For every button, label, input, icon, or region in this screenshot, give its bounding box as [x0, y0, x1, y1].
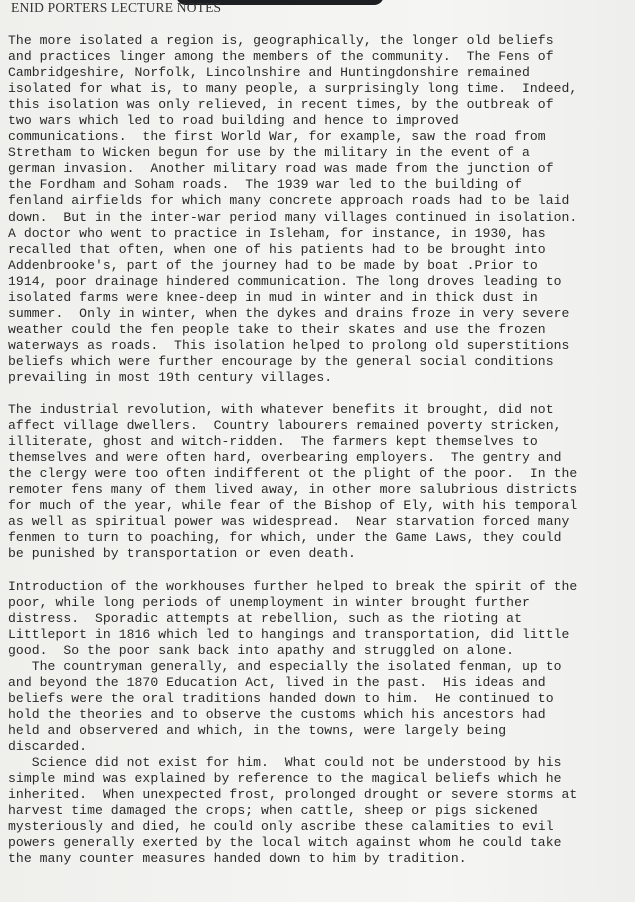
text-line: isolated for what is, to many people, a … — [8, 81, 633, 97]
text-line: illiterate, ghost and witch-ridden. The … — [8, 434, 633, 450]
text-line: down. But in the inter-war period many v… — [8, 210, 633, 226]
text-line: discarded. — [8, 739, 633, 755]
text-line: and beyond the 1870 Education Act, lived… — [8, 675, 633, 691]
text-line: A doctor who went to practice in Isleham… — [8, 226, 633, 242]
text-line: themselves and were often hard, overbear… — [8, 450, 633, 466]
text-line: The countryman generally, and especially… — [8, 659, 633, 675]
text-line: beliefs were the oral traditions handed … — [8, 691, 633, 707]
text-line: for much of the year, while fear of the … — [8, 498, 633, 514]
text-line: waterways as roads. This isolation helpe… — [8, 338, 633, 354]
text-line: fenland airfields for which many concret… — [8, 193, 633, 209]
text-line: held and observered and which, in the to… — [8, 723, 633, 739]
text-line: and practices linger among the members o… — [8, 49, 633, 65]
text-line: mysteriously and died, he could only asc… — [8, 819, 633, 835]
text-line: powers generally exerted by the local wi… — [8, 835, 633, 851]
text-line: 1914, poor drainage hindered communicati… — [8, 274, 633, 290]
text-line: Littleport in 1816 which led to hangings… — [8, 627, 633, 643]
paragraph-workhouses: Introduction of the workhouses further h… — [8, 579, 633, 868]
paragraph-industrial-revolution: The industrial revolution, with whatever… — [8, 402, 633, 562]
text-line: recalled that often, when one of his pat… — [8, 242, 633, 258]
text-line: german invasion. Another military road w… — [8, 161, 633, 177]
text-line: prevailing in most 19th century villages… — [8, 370, 633, 386]
text-line: be punished by transportation or even de… — [8, 546, 633, 562]
text-line: this isolation was only relieved, in rec… — [8, 97, 633, 113]
text-line: hold the theories and to observe the cus… — [8, 707, 633, 723]
text-line: inherited. When unexpected frost, prolon… — [8, 787, 633, 803]
text-line: communications. the first World War, for… — [8, 129, 633, 145]
text-line: the clergy were too often indifferent ot… — [8, 466, 633, 482]
text-line: summer. Only in winter, when the dykes a… — [8, 306, 633, 322]
text-line: simple mind was explained by reference t… — [8, 771, 633, 787]
text-line: remoter fens many of them lived away, in… — [8, 482, 633, 498]
text-line: Science did not exist for him. What coul… — [8, 755, 633, 771]
text-line: good. So the poor sank back into apathy … — [8, 643, 633, 659]
paragraph-isolation: The more isolated a region is, geographi… — [8, 33, 633, 386]
text-line: Addenbrooke's, part of the journey had t… — [8, 258, 633, 274]
text-line: the many counter measures handed down to… — [8, 851, 633, 867]
text-line: poor, while long periods of unemployment… — [8, 595, 633, 611]
text-line: The industrial revolution, with whatever… — [8, 402, 633, 418]
document-header: ENID PORTERS LECTURE NOTES — [11, 0, 221, 16]
text-line: the Fordham and Soham roads. The 1939 wa… — [8, 177, 633, 193]
text-line: affect village dwellers. Country laboure… — [8, 418, 633, 434]
text-line: two wars which led to road building and … — [8, 113, 633, 129]
text-line: distress. Sporadic attempts at rebellion… — [8, 611, 633, 627]
text-line: as well as spiritual power was widesprea… — [8, 514, 633, 530]
document-body: The more isolated a region is, geographi… — [8, 33, 633, 867]
text-line: Introduction of the workhouses further h… — [8, 579, 633, 595]
text-line: Stretham to Wicken begun for use by the … — [8, 145, 633, 161]
text-line: Cambridgeshire, Norfolk, Lincolnshire an… — [8, 65, 633, 81]
text-line: isolated farms were knee-deep in mud in … — [8, 290, 633, 306]
text-line: harvest time damaged the crops; when cat… — [8, 803, 633, 819]
text-line: The more isolated a region is, geographi… — [8, 33, 633, 49]
text-line: weather could the fen people take to the… — [8, 322, 633, 338]
text-line: fenmen to turn to poaching, for which, u… — [8, 530, 633, 546]
text-line: beliefs which were further encourage by … — [8, 354, 633, 370]
